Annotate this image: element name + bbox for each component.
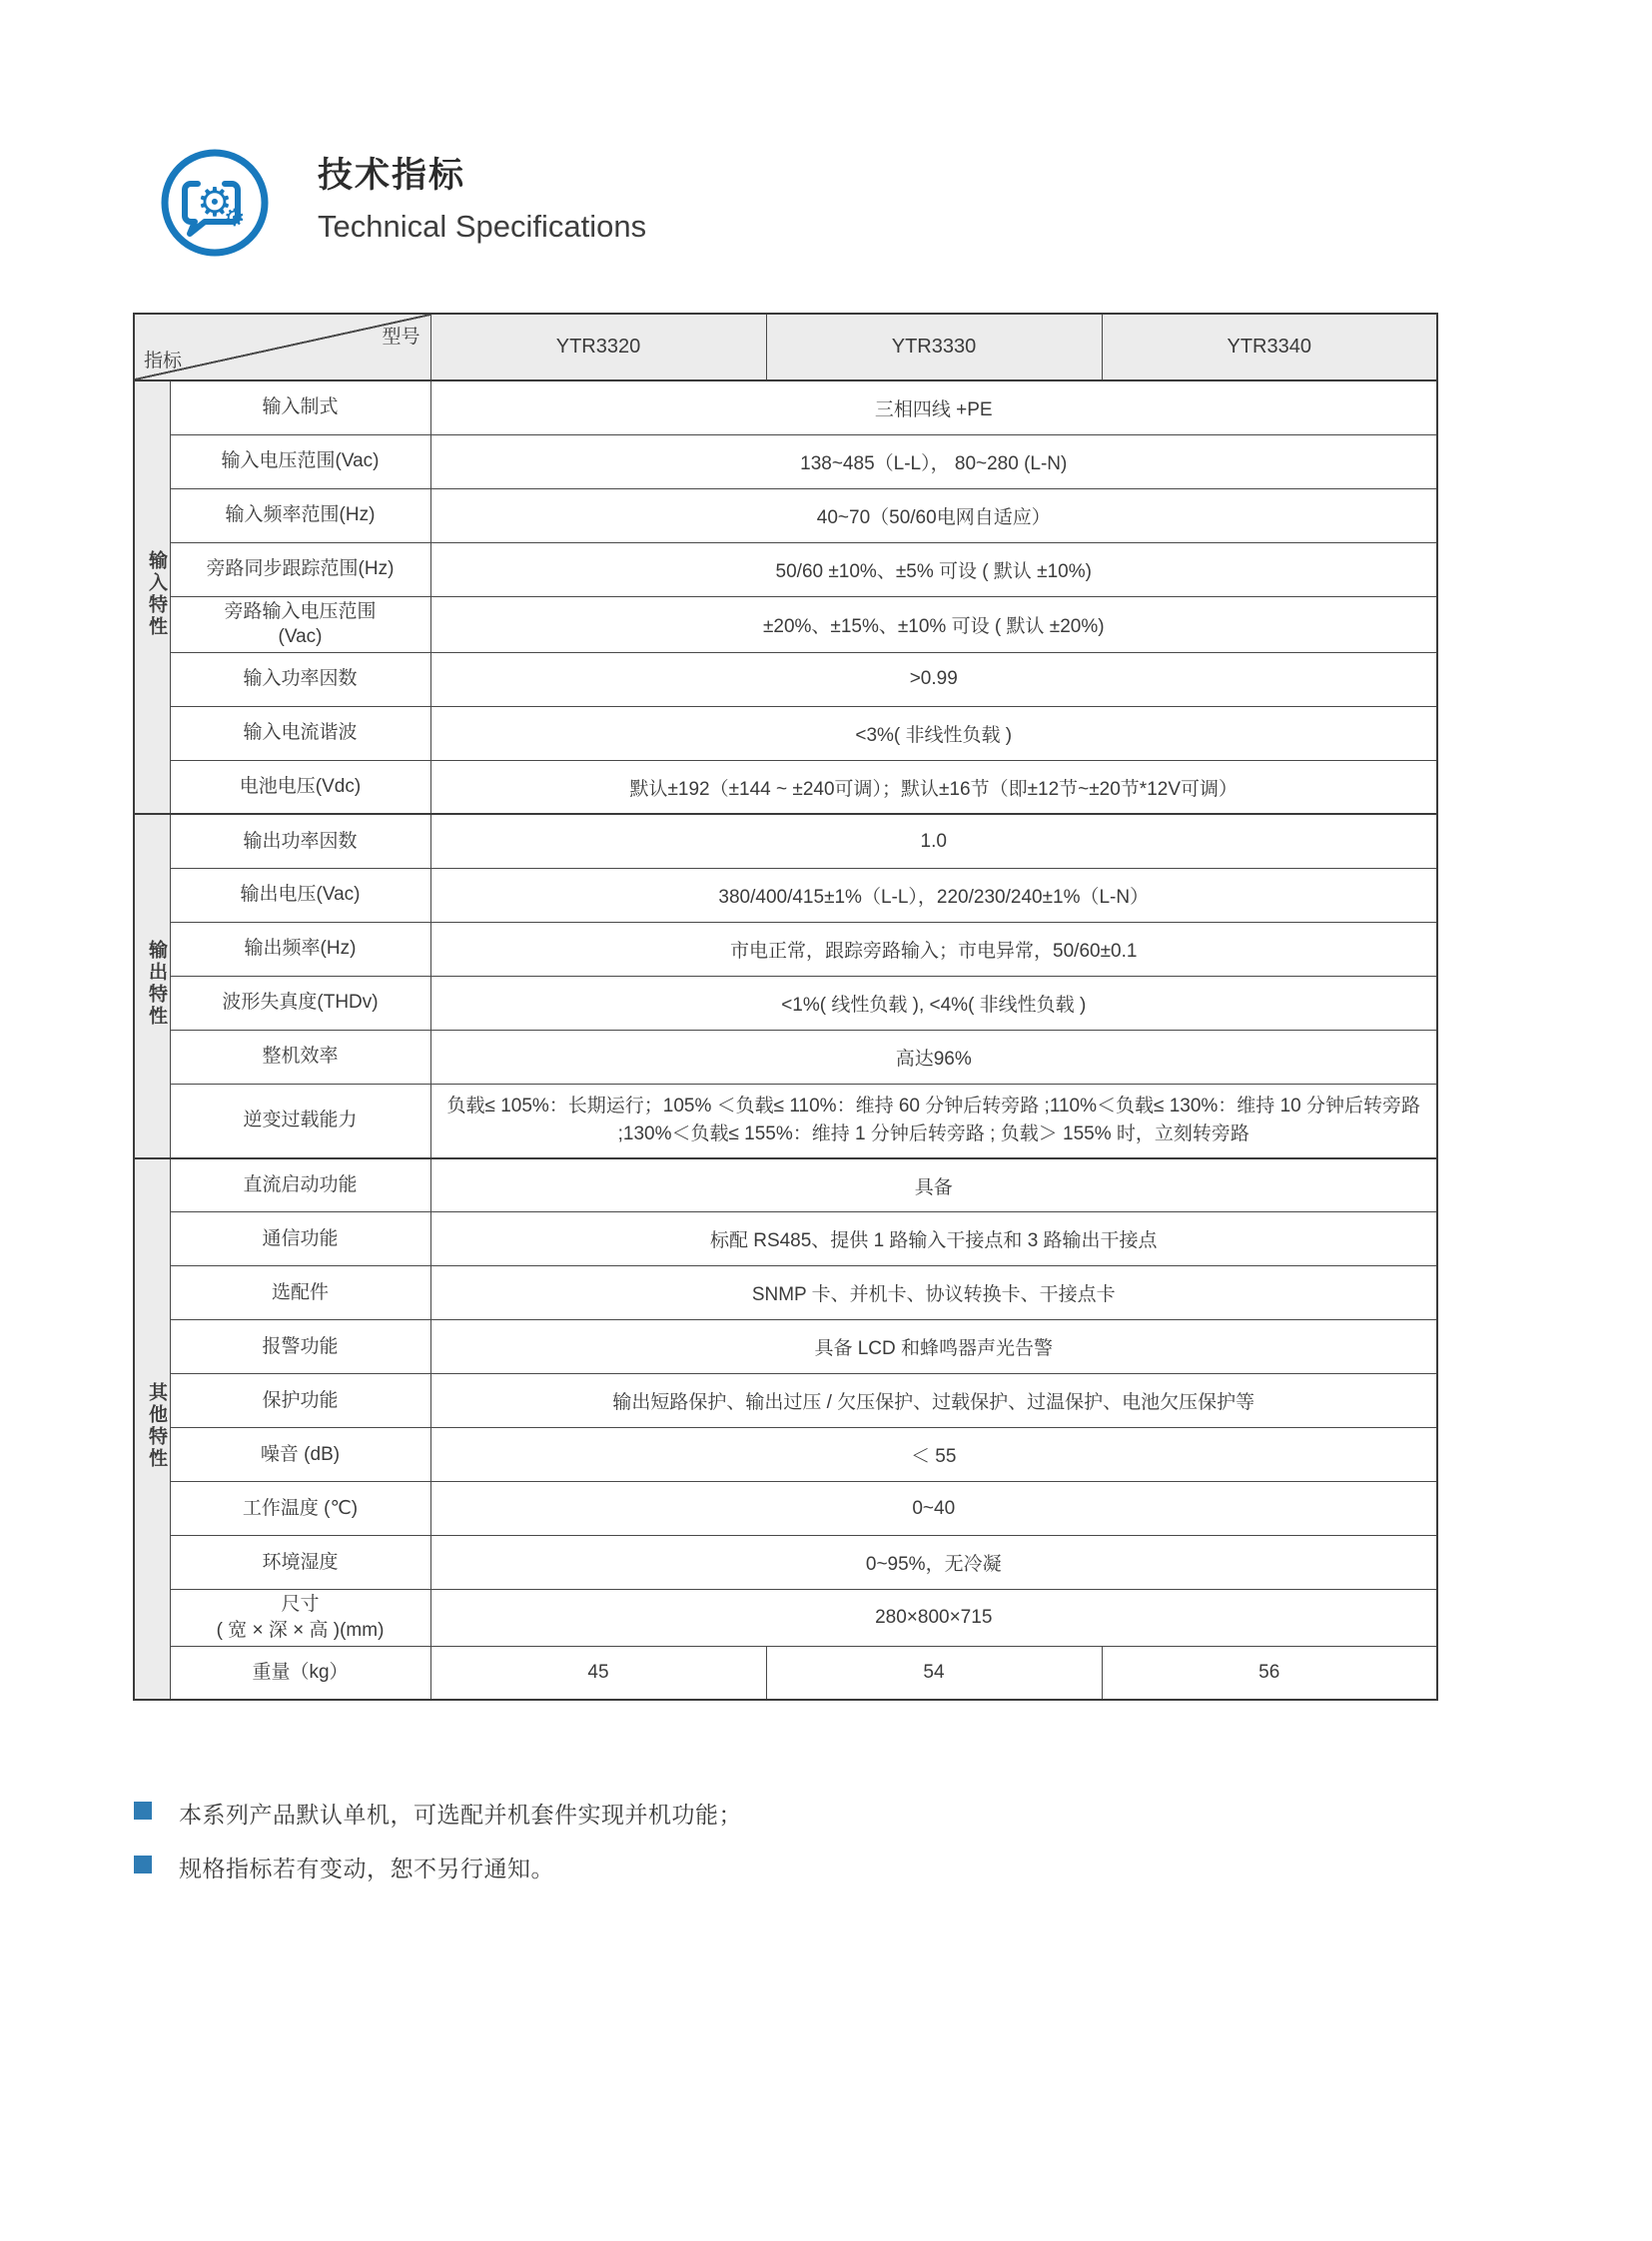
- spec-value: 市电正常，跟踪旁路输入；市电异常，50/60±0.1: [430, 922, 1437, 976]
- spec-table: 型号指标YTR3320YTR3330YTR3340 输入特性输入制式三相四线 +…: [133, 313, 1438, 1701]
- table-row: 报警功能具备 LCD 和蜂鸣器声光告警: [134, 1320, 1437, 1374]
- table-row: 旁路同步跟踪范围(Hz)50/60 ±10%、±5% 可设 ( 默认 ±10%): [134, 542, 1437, 596]
- spec-sheet-page: ⚙ ⚙ 技术指标 Technical Specifications 型号指标YT…: [0, 0, 1652, 2241]
- spec-value: 具备 LCD 和蜂鸣器声光告警: [430, 1320, 1437, 1374]
- page-title-zh: 技术指标: [318, 148, 646, 198]
- spec-label: 通信功能: [170, 1212, 430, 1266]
- table-row: 其他特性直流启动功能具备: [134, 1158, 1437, 1212]
- spec-label: 直流启动功能: [170, 1158, 430, 1212]
- spec-label: 尺寸 ( 宽 × 深 × 高 )(mm): [170, 1590, 430, 1646]
- table-row: 电池电压(Vdc)默认±192（±144 ~ ±240可调）；默认±16节（即±…: [134, 760, 1437, 814]
- spec-label: 输入电压范围(Vac): [170, 434, 430, 488]
- table-row: 保护功能输出短路保护、输出过压 / 欠压保护、过载保护、过温保护、电池欠压保护等: [134, 1374, 1437, 1428]
- table-row: 输入功率因数>0.99: [134, 652, 1437, 706]
- spec-value: 54: [766, 1646, 1102, 1700]
- spec-value: 56: [1102, 1646, 1437, 1700]
- table-row: 输入电压范围(Vac)138~485（L-L）， 80~280 (L-N): [134, 434, 1437, 488]
- spec-label: 旁路输入电压范围 (Vac): [170, 596, 430, 652]
- spec-value: 0~40: [430, 1482, 1437, 1536]
- table-row: 整机效率高达96%: [134, 1030, 1437, 1084]
- table-row: 尺寸 ( 宽 × 深 × 高 )(mm)280×800×715: [134, 1590, 1437, 1646]
- spec-value: 138~485（L-L）， 80~280 (L-N): [430, 434, 1437, 488]
- table-row: 环境湿度0~95%，无冷凝: [134, 1536, 1437, 1590]
- spec-label: 输出电压(Vac): [170, 868, 430, 922]
- spec-value: <3%( 非线性负载 ): [430, 706, 1437, 760]
- title-block: 技术指标 Technical Specifications: [318, 146, 646, 245]
- spec-label: 旁路同步跟踪范围(Hz): [170, 542, 430, 596]
- spec-label: 整机效率: [170, 1030, 430, 1084]
- spec-value: 默认±192（±144 ~ ±240可调）；默认±16节（即±12节~±20节*…: [430, 760, 1437, 814]
- spec-value: 标配 RS485、提供 1 路输入干接点和 3 路输出干接点: [430, 1212, 1437, 1266]
- footnote: 本系列产品默认单机，可选配并机套件实现并机功能；: [134, 1797, 742, 1830]
- model-header: YTR3330: [766, 314, 1102, 380]
- spec-group-label: 其他特性: [134, 1158, 170, 1700]
- spec-group-label-text: 输出特性: [143, 940, 170, 1028]
- footnote-text: 本系列产品默认单机，可选配并机套件实现并机功能；: [179, 1797, 742, 1830]
- spec-label: 环境湿度: [170, 1536, 430, 1590]
- table-row: 工作温度 (℃)0~40: [134, 1482, 1437, 1536]
- spec-group-label-text: 输入特性: [143, 550, 170, 638]
- table-row: 输入特性输入制式三相四线 +PE: [134, 380, 1437, 434]
- spec-value: ＜ 55: [430, 1428, 1437, 1482]
- table-row: 重量（kg）455456: [134, 1646, 1437, 1700]
- spec-label: 保护功能: [170, 1374, 430, 1428]
- table-row: 逆变过载能力负载≤ 105%：长期运行；105% ＜负载≤ 110%：维持 60…: [134, 1084, 1437, 1158]
- spec-label: 输入功率因数: [170, 652, 430, 706]
- corner-label-indicator: 指标: [144, 346, 182, 373]
- spec-label: 输出频率(Hz): [170, 922, 430, 976]
- table-row: 波形失真度(THDv)<1%( 线性负载 ), <4%( 非线性负载 ): [134, 976, 1437, 1030]
- square-bullet-icon: [134, 1802, 152, 1820]
- spec-value: 输出短路保护、输出过压 / 欠压保护、过载保护、过温保护、电池欠压保护等: [430, 1374, 1437, 1428]
- spec-value: ±20%、±15%、±10% 可设 ( 默认 ±20%): [430, 596, 1437, 652]
- spec-value: SNMP 卡、并机卡、协议转换卡、干接点卡: [430, 1266, 1437, 1320]
- table-row: 输出频率(Hz)市电正常，跟踪旁路输入；市电异常，50/60±0.1: [134, 922, 1437, 976]
- corner-label-model: 型号: [382, 322, 419, 349]
- spec-value: 50/60 ±10%、±5% 可设 ( 默认 ±10%): [430, 542, 1437, 596]
- spec-group-label: 输入特性: [134, 380, 170, 814]
- spec-label: 输入制式: [170, 380, 430, 434]
- model-header: YTR3340: [1102, 314, 1437, 380]
- spec-value: 三相四线 +PE: [430, 380, 1437, 434]
- corner-cell: 型号指标: [134, 314, 430, 380]
- spec-value: >0.99: [430, 652, 1437, 706]
- table-row: 输入电流谐波<3%( 非线性负载 ): [134, 706, 1437, 760]
- table-row: 输出电压(Vac)380/400/415±1%（L-L），220/230/240…: [134, 868, 1437, 922]
- spec-value: 高达96%: [430, 1030, 1437, 1084]
- spec-label: 输出功率因数: [170, 814, 430, 868]
- table-row: 输出特性输出功率因数1.0: [134, 814, 1437, 868]
- document-header: ⚙ ⚙ 技术指标 Technical Specifications: [158, 146, 646, 260]
- spec-label: 输入电流谐波: [170, 706, 430, 760]
- spec-label: 重量（kg）: [170, 1646, 430, 1700]
- table-row: 通信功能标配 RS485、提供 1 路输入干接点和 3 路输出干接点: [134, 1212, 1437, 1266]
- svg-text:⚙: ⚙: [224, 204, 246, 232]
- table-row: 输入频率范围(Hz)40~70（50/60电网自适应）: [134, 488, 1437, 542]
- spec-value: 负载≤ 105%：长期运行；105% ＜负载≤ 110%：维持 60 分钟后转旁…: [430, 1084, 1437, 1158]
- spec-label: 输入频率范围(Hz): [170, 488, 430, 542]
- spec-value: 380/400/415±1%（L-L），220/230/240±1%（L-N）: [430, 868, 1437, 922]
- spec-value: <1%( 线性负载 ), <4%( 非线性负载 ): [430, 976, 1437, 1030]
- spec-label: 报警功能: [170, 1320, 430, 1374]
- spec-label: 噪音 (dB): [170, 1428, 430, 1482]
- spec-group-label-text: 其他特性: [143, 1382, 170, 1470]
- spec-label: 工作温度 (℃): [170, 1482, 430, 1536]
- spec-value: 280×800×715: [430, 1590, 1437, 1646]
- spec-value: 0~95%，无冷凝: [430, 1536, 1437, 1590]
- model-header: YTR3320: [430, 314, 766, 380]
- footnotes: 本系列产品默认单机，可选配并机套件实现并机功能； 规格指标若有变动，恕不另行通知…: [134, 1797, 742, 1904]
- spec-value: 1.0: [430, 814, 1437, 868]
- square-bullet-icon: [134, 1856, 152, 1873]
- spec-value: 45: [430, 1646, 766, 1700]
- spec-label: 选配件: [170, 1266, 430, 1320]
- spec-group-label: 输出特性: [134, 814, 170, 1158]
- table-row: 噪音 (dB)＜ 55: [134, 1428, 1437, 1482]
- spec-label: 逆变过载能力: [170, 1084, 430, 1158]
- gear-bubble-icon: ⚙ ⚙: [158, 146, 272, 260]
- footnote-text: 规格指标若有变动，恕不另行通知。: [179, 1851, 554, 1883]
- table-row: 旁路输入电压范围 (Vac)±20%、±15%、±10% 可设 ( 默认 ±20…: [134, 596, 1437, 652]
- spec-label: 波形失真度(THDv): [170, 976, 430, 1030]
- spec-value: 40~70（50/60电网自适应）: [430, 488, 1437, 542]
- spec-value: 具备: [430, 1158, 1437, 1212]
- table-row: 选配件SNMP 卡、并机卡、协议转换卡、干接点卡: [134, 1266, 1437, 1320]
- spec-label: 电池电压(Vdc): [170, 760, 430, 814]
- footnote: 规格指标若有变动，恕不另行通知。: [134, 1851, 742, 1883]
- page-title-en: Technical Specifications: [318, 209, 646, 245]
